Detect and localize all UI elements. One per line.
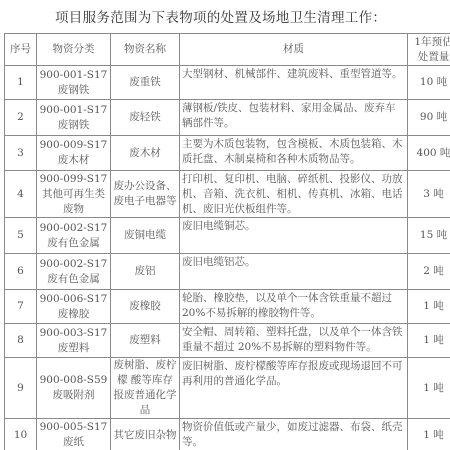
category-label: 废钢铁 — [39, 118, 108, 133]
category-label: 其他可再生类废物 — [39, 187, 108, 217]
table-row: 10 900-005-S17废纸 其它废旧杂物 物资价值低或产量少，如废过滤器、… — [5, 419, 450, 450]
cell-name: 废木材 — [111, 136, 180, 171]
table-header-row: 序号 物资分类 物资名称 材质 1年预估处置量 — [5, 34, 450, 66]
table-row: 7 900-006-S17废橡胶 废橡胶 轮胎、橡胶垫，以及单个一体含铁重量不超… — [5, 290, 450, 324]
cell-category: 900-002-S17废有色金属 — [37, 254, 111, 290]
table-row: 4 900-099-S17其他可再生类废物 废办公设备、废电子电器等 打印机、复… — [5, 171, 450, 218]
category-code: 900-002-S17 — [39, 257, 108, 272]
cell-name: 废重铁 — [111, 66, 180, 100]
cell-name: 废树脂、废柠檬 酸等库存报废普通化学品 — [111, 358, 180, 419]
cell-material: 安全帽、周转箱、塑料托盘，以及单个一体含铁重量不超过 20%不易拆解的塑料物件等… — [180, 324, 408, 358]
cell-name: 废塑料 — [111, 324, 180, 358]
cell-no: 6 — [5, 254, 37, 290]
cell-no: 4 — [5, 171, 37, 218]
category-label: 废木材 — [39, 153, 108, 168]
category-label: 废塑料 — [39, 341, 108, 356]
disposal-table: 序号 物资分类 物资名称 材质 1年预估处置量 1 900-001-S17废钢铁… — [4, 33, 450, 450]
category-code: 900-099-S17 — [39, 172, 108, 187]
cell-no: 1 — [5, 66, 37, 100]
cell-name: 废铜电缆 — [111, 218, 180, 254]
cell-no: 10 — [5, 419, 37, 450]
cell-category: 900-001-S17废钢铁 — [37, 66, 111, 100]
category-label: 废纸 — [39, 435, 108, 450]
cell-material: 薄钢板/铁皮、包装材料、家用金属品、废弃车辆部件等。 — [180, 100, 408, 136]
cell-quantity: 2 吨 — [408, 254, 450, 290]
category-code: 900-008-S59 — [39, 373, 108, 388]
cell-no: 5 — [5, 218, 37, 254]
cell-material: 大型钢材、机械部件、建筑废料、重型管道等。 — [180, 66, 408, 100]
table-row: 1 900-001-S17废钢铁 废重铁 大型钢材、机械部件、建筑废料、重型管道… — [5, 66, 450, 100]
cell-quantity: 90 吨 — [408, 100, 450, 136]
table-row: 9 900-008-S59废吸附剂 废树脂、废柠檬 酸等库存报废普通化学品 废旧… — [5, 358, 450, 419]
cell-name: 其它废旧杂物 — [111, 419, 180, 450]
cell-material: 物资价值低或产量少，如废过滤器、布袋、纸壳等。 — [180, 419, 408, 450]
cell-name: 废轻铁 — [111, 100, 180, 136]
category-code: 900-002-S17 — [39, 221, 108, 236]
cell-category: 900-005-S17废纸 — [37, 419, 111, 450]
cell-no: 9 — [5, 358, 37, 419]
cell-no: 8 — [5, 324, 37, 358]
table-row: 3 900-009-S17废木材 废木材 主要为木质包装物，包含模板、木质包装箱… — [5, 136, 450, 171]
table-row: 5 900-002-S17废有色金属 废铜电缆 废旧电缆铜芯。 15 吨 — [5, 218, 450, 254]
category-code: 900-001-S17 — [39, 103, 108, 118]
table-row: 6 900-002-S17废有色金属 废铝 废旧电缆铝芯。 2 吨 — [5, 254, 450, 290]
cell-material: 打印机、复印机、电脑、碎纸机、投影仪、功放机、音箱、洗衣机、相机、传真机、冰箱、… — [180, 171, 408, 218]
cell-category: 900-009-S17废木材 — [37, 136, 111, 171]
category-code: 900-001-S17 — [39, 68, 108, 83]
cell-quantity: 1 吨 — [408, 324, 450, 358]
cell-category: 900-002-S17废有色金属 — [37, 218, 111, 254]
cell-quantity: 15 吨 — [408, 218, 450, 254]
cell-name: 废办公设备、废电子电器等 — [111, 171, 180, 218]
category-label: 废有色金属 — [39, 272, 108, 287]
table-row: 8 900-003-S17废塑料 废塑料 安全帽、周转箱、塑料托盘，以及单个一体… — [5, 324, 450, 358]
header-material: 材质 — [180, 34, 408, 66]
category-code: 900-003-S17 — [39, 326, 108, 341]
cell-quantity: 10 吨 — [408, 66, 450, 100]
intro-text: 项目服务范围为下表物项的处置及场地卫生清理工作： — [55, 6, 386, 26]
cell-quantity: 400 吨 — [408, 136, 450, 171]
cell-material: 废旧电缆铝芯。 — [180, 254, 408, 290]
cell-quantity: 1 吨 — [408, 358, 450, 419]
category-code: 900-009-S17 — [39, 138, 108, 153]
cell-quantity: 1 吨 — [408, 290, 450, 324]
header-name: 物资名称 — [111, 34, 180, 66]
cell-material: 废旧树脂、废柠檬酸等库存报废或现场退回不可再利用的普通化学品。 — [180, 358, 408, 419]
cell-name: 废铝 — [111, 254, 180, 290]
cell-category: 900-003-S17废塑料 — [37, 324, 111, 358]
cell-quantity: 3 吨 — [408, 171, 450, 218]
header-category: 物资分类 — [37, 34, 111, 66]
category-label: 废有色金属 — [39, 236, 108, 251]
category-label: 废钢铁 — [39, 83, 108, 98]
cell-category: 900-006-S17废橡胶 — [37, 290, 111, 324]
cell-material: 废旧电缆铜芯。 — [180, 218, 408, 254]
table-row: 2 900-001-S17废钢铁 废轻铁 薄钢板/铁皮、包装材料、家用金属品、废… — [5, 100, 450, 136]
cell-no: 3 — [5, 136, 37, 171]
cell-material: 轮胎、橡胶垫，以及单个一体含铁重量不超过20%不易拆解的橡胶物件等。 — [180, 290, 408, 324]
cell-material: 主要为木质包装物，包含模板、木质包装箱、木质托盘、木制桌椅和各种木质物品等。 — [180, 136, 408, 171]
category-code: 900-005-S17 — [39, 420, 108, 435]
cell-category: 900-001-S17废钢铁 — [37, 100, 111, 136]
cell-category: 900-008-S59废吸附剂 — [37, 358, 111, 419]
category-code: 900-006-S17 — [39, 292, 108, 307]
header-quantity: 1年预估处置量 — [408, 34, 450, 66]
header-no: 序号 — [5, 34, 37, 66]
cell-quantity: 1 吨 — [408, 419, 450, 450]
category-label: 废橡胶 — [39, 307, 108, 322]
category-label: 废吸附剂 — [39, 388, 108, 403]
cell-no: 7 — [5, 290, 37, 324]
cell-no: 2 — [5, 100, 37, 136]
cell-category: 900-099-S17其他可再生类废物 — [37, 171, 111, 218]
cell-name: 废橡胶 — [111, 290, 180, 324]
